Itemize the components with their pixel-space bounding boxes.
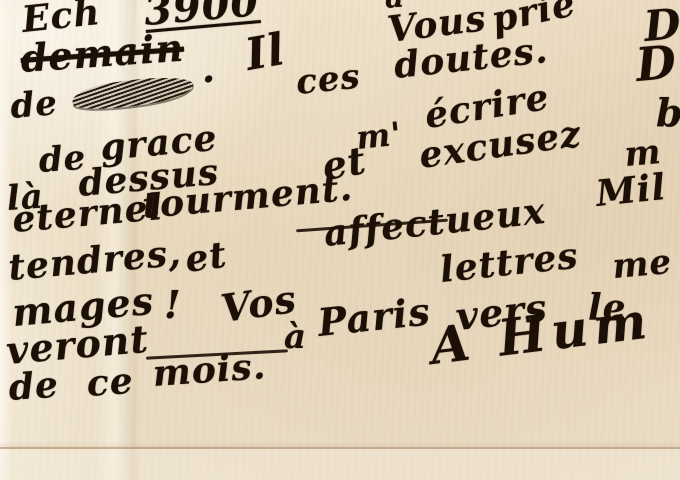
- word-de-line10: de: [7, 367, 59, 406]
- word-ces: ces: [294, 59, 362, 100]
- word-paris: Paris: [316, 292, 432, 342]
- cut-word-mil: Mil: [594, 169, 668, 212]
- word-ce: ce: [85, 363, 134, 402]
- cut-letter-b: b: [656, 94, 680, 132]
- word-il: Il: [242, 28, 288, 78]
- below-fold-lighter-band: [0, 449, 680, 480]
- period-after-demain: .: [202, 50, 216, 88]
- letter-photo: Ech 3900 à demain . Il Vous prie D de ce…: [0, 0, 680, 480]
- word-me: me: [611, 245, 673, 284]
- word-de-line3: de: [9, 86, 59, 124]
- word-mois: mois.: [151, 348, 267, 392]
- word-a-accent: à: [284, 320, 307, 354]
- cut-letter-d-line3: D: [634, 39, 679, 88]
- exclamation-mark: !: [164, 286, 182, 324]
- word-et-line7: et: [183, 237, 229, 278]
- word-demain-struck: demain: [19, 29, 185, 78]
